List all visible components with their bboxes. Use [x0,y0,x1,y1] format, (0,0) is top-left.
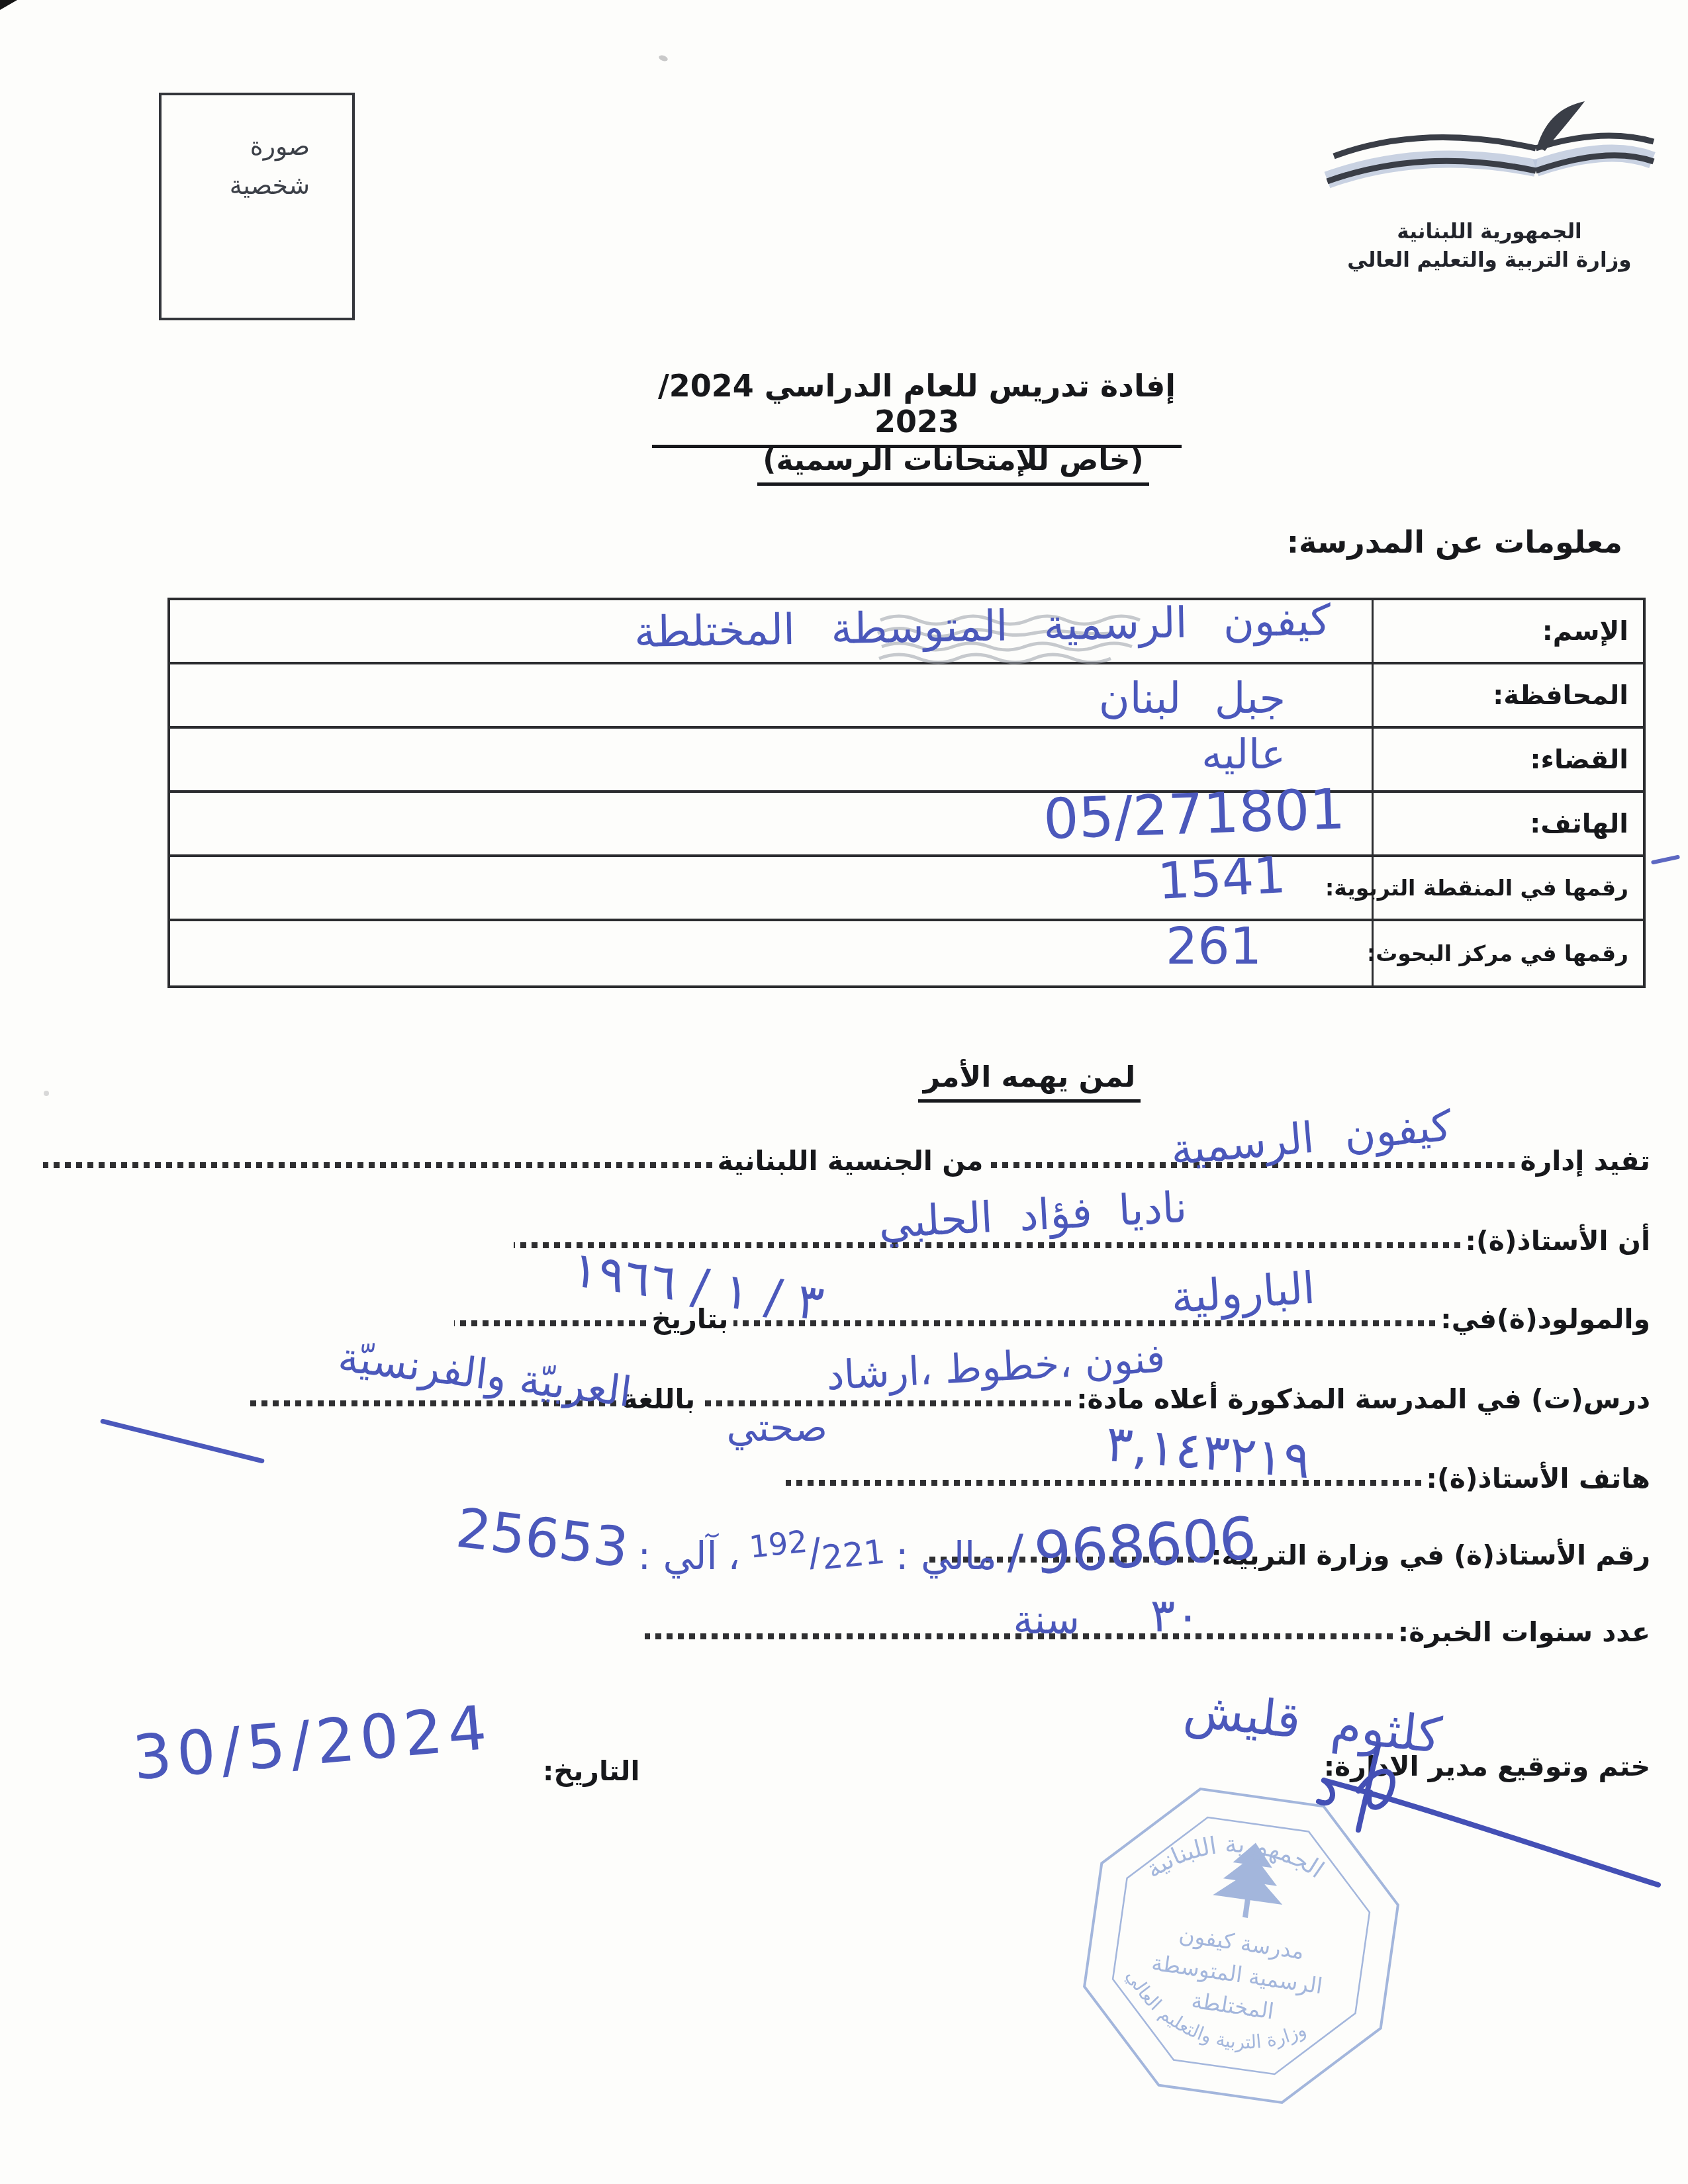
letter-line-administration: تفيد إدارة من الجنسية اللبنانية كيفون ال… [38,1133,1650,1177]
scan-speck [44,1091,49,1096]
handwritten-district: عاليه [1201,734,1286,775]
letter-line-teacher-phone: هاتف الأستاذ(ة): ٣,١٤٣٢١٩ [38,1451,1650,1494]
table-value-governorate: جبل لبنان [170,664,1372,729]
dotted-line [454,1320,646,1326]
letter-line-experience: عدد سنوات الخبرة: ٣٠ سنة [38,1604,1650,1648]
stamp-center-line3: المختلطة [1190,1987,1276,2025]
director-signature [1278,1727,1675,1906]
handwritten-teacher-phone: ٣,١٤٣٢١٩ [1103,1418,1312,1486]
photo-box-label-line2: شخصية [162,166,310,205]
table-label-district: القضاء: [1372,729,1643,793]
table-value-research-number: 261 [170,921,1372,985]
handwritten-district-number: 1541 [1156,850,1287,907]
label-that-teacher: أن الأستاذ(ة): [1466,1225,1650,1257]
date-label: التاريخ: [543,1755,640,1787]
photo-box-label-line1: صورة [162,127,310,166]
document-subtitle: (خاص للإمتحانات الرسمية) [751,443,1155,486]
letter-line-subject: درس(ت) في المدرسة المذكورة أعلاه مادة: ب… [38,1371,1650,1415]
letter-line-ministry-number: رقم الأستاذ(ة) في وزارة التربية: 968606 … [38,1527,1650,1571]
school-info-heading: معلومات عن المدرسة: [1287,524,1622,560]
table-label-research-number: رقمها في مركز البحوث: [1372,921,1643,985]
handwritten-teacher-name: ناديا فؤاد الحلبي [877,1187,1188,1245]
label-certifies-administration: تفيد إدارة [1520,1145,1650,1177]
table-value-district-number: 1541 [170,857,1372,921]
handwritten-ministry-numbers: 968606 / مالي : 192 / 221 ، آلي : 25653 [455,1517,1256,1575]
handwritten-school-phone: 05/271801 [1043,781,1346,847]
handwritten-comma: ، [728,1537,741,1575]
handwritten-experience-unit: سنة [1013,1600,1080,1640]
school-info-table: الإسم: كيفون الرسمية المتوسطة المختلطة ا… [167,598,1646,988]
dotted-line [786,1480,1421,1486]
handwritten-research-number: 261 [1166,921,1262,972]
handwritten-date: 30/5/2024 [130,1697,494,1789]
to-whom-it-may-concern-heading: لمن يهمه الأمر [851,1060,1208,1103]
scan-speck [658,54,669,62]
handwritten-slash: / [1008,1527,1023,1575]
handwritten-governorate: جبل لبنان [1099,678,1286,720]
handwritten-school-name: كيفون الرسمية المتوسطة المختلطة [633,600,1331,654]
handwritten-mali-label: مالي : [896,1537,997,1575]
table-value-name: كيفون الرسمية المتوسطة المختلطة [170,600,1372,664]
label-years-experience: عدد سنوات الخبرة: [1398,1616,1650,1648]
label-ministry-number: رقم الأستاذ(ة) في وزارة التربية: [1211,1539,1650,1571]
label-in-language: باللغة [622,1383,695,1415]
dotted-line [43,1162,712,1168]
scan-corner-artifact [0,0,17,10]
scanned-form-page: صورة شخصية الجمهورية اللبنانية وزارة الت… [0,0,1688,2184]
handwritten-subject-health: صحتي [726,1408,827,1447]
label-lebanese-nationality: من الجنسية اللبنانية [718,1145,984,1177]
label-born-in: والمولود(ة)في: [1440,1303,1650,1335]
document-title: إفادة تدريس للعام الدراسي 2024/ 2023 [652,368,1182,448]
table-value-phone: 05/271801 [170,793,1372,857]
table-label-governorate: المحافظة: [1372,664,1643,729]
handwritten-number-main: 968606 [1032,1509,1258,1582]
ink-stray-mark [1651,854,1680,864]
dotted-line [514,1242,1460,1248]
dotted-line [733,1320,1435,1326]
label-teacher-phone: هاتف الأستاذ(ة): [1427,1463,1650,1494]
table-label-name: الإسم: [1372,600,1643,664]
handwritten-experience-number: ٣٠ [1150,1592,1200,1639]
table-label-district-number: رقمها في المنقطة التربوية: [1372,857,1643,921]
handwritten-ali-label: آلي : [637,1537,717,1575]
letter-line-teacher-name: أن الأستاذ(ة): ناديا فؤاد الحلبي [38,1213,1650,1257]
handwritten-fraction: 192 / 221 [749,1530,887,1582]
handwritten-number-ali: 25653 [453,1502,631,1576]
logo-ministry-line: وزارة التربية والتعليم العالي [1314,246,1665,275]
ministry-logo: الجمهورية اللبنانية وزارة التربية والتعل… [1314,99,1665,275]
table-label-phone: الهاتف: [1372,793,1643,857]
letter-line-birth: والمولود(ة)في: بتاريخ البارولية ٣ / ١ / … [38,1291,1650,1335]
personal-photo-box: صورة شخصية [159,93,355,320]
handwritten-birthplace: البارولية [1170,1266,1317,1320]
open-book-logo-icon [1317,99,1662,215]
logo-country-line: الجمهورية اللبنانية [1314,218,1665,246]
label-taught-subject: درس(ت) في المدرسة المذكورة أعلاه مادة: [1076,1383,1650,1415]
